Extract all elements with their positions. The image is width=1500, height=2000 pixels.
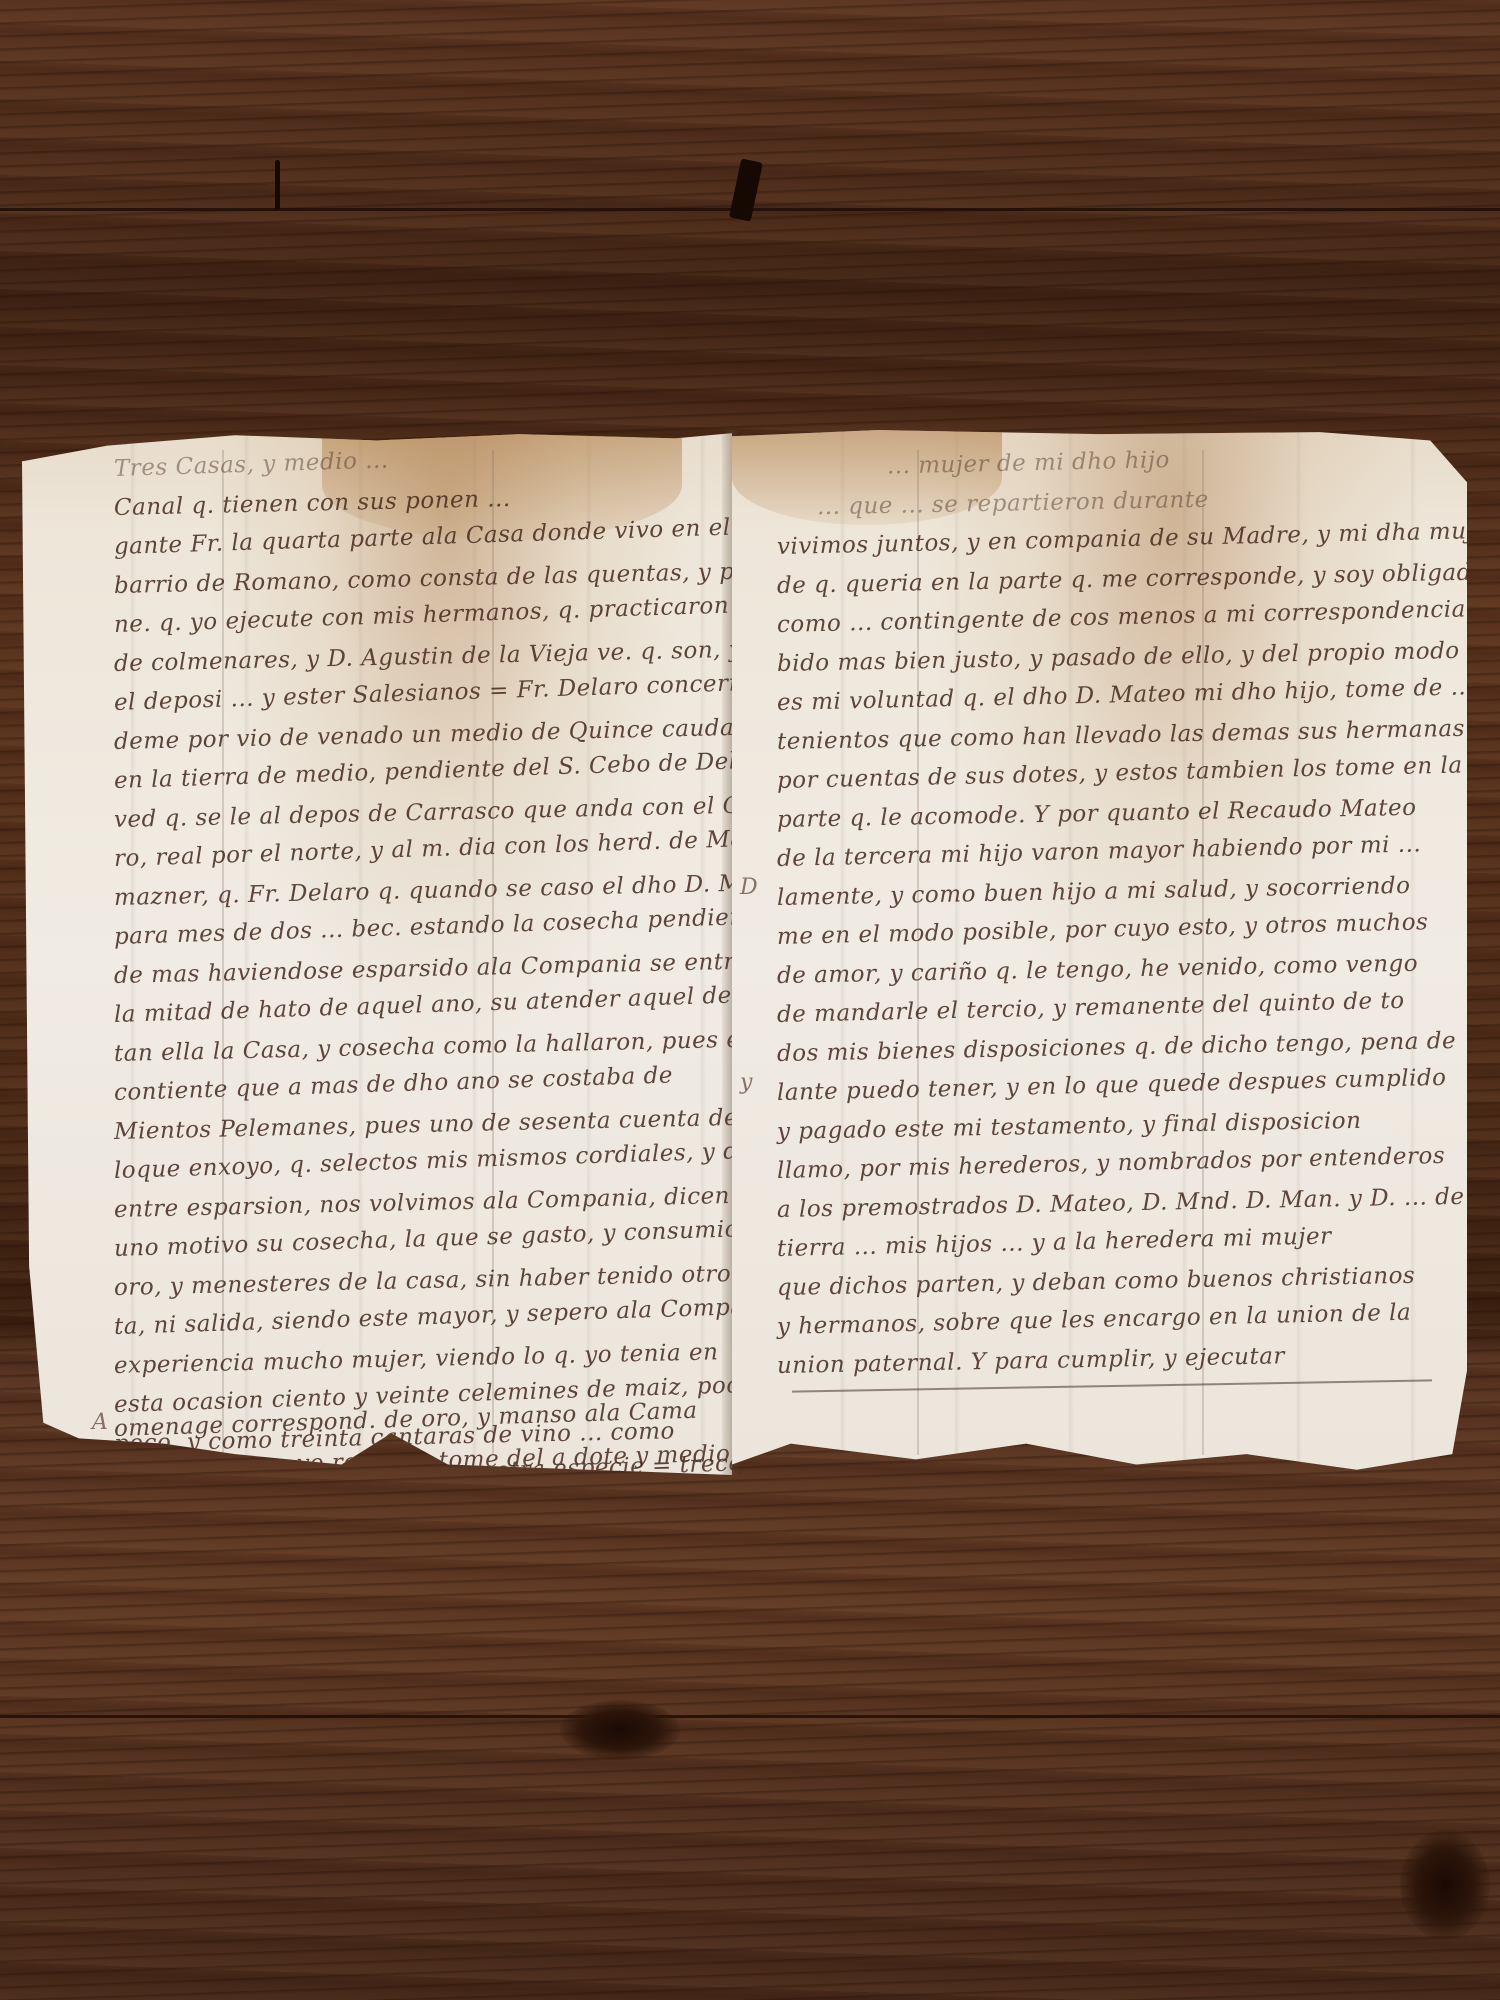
plank-seam bbox=[0, 1715, 1500, 1718]
right-page: ... mujer de mi dho hijo ... que ... se … bbox=[732, 430, 1467, 1475]
closing-rule bbox=[152, 1515, 712, 1527]
margin-note: D bbox=[740, 875, 758, 900]
margin-note: e: bbox=[90, 1448, 110, 1473]
text-line: tres yguas de vientre: dos lechones = Ci… bbox=[114, 1489, 725, 1542]
margin-note: A bbox=[92, 1410, 108, 1435]
wood-knot bbox=[1400, 1830, 1490, 1940]
margin-note: y bbox=[740, 1070, 752, 1095]
left-page: Tres Casas, y medio ... Canal q. tienen … bbox=[22, 430, 732, 1475]
worm-hole bbox=[190, 1505, 200, 1519]
left-page-text: Tres Casas, y medio ... Canal q. tienen … bbox=[114, 450, 724, 1542]
wood-knot bbox=[560, 1700, 680, 1760]
wood-crack bbox=[729, 158, 763, 221]
manuscript: Tres Casas, y medio ... Canal q. tienen … bbox=[22, 430, 1467, 1475]
right-page-text: ... mujer de mi dho hijo ... que ... se … bbox=[777, 450, 1457, 1386]
left-page-footer: omenage correspond. de oro, y manso ala … bbox=[114, 1430, 724, 1488]
worm-hole bbox=[467, 1518, 481, 1530]
wood-crack bbox=[275, 160, 280, 210]
